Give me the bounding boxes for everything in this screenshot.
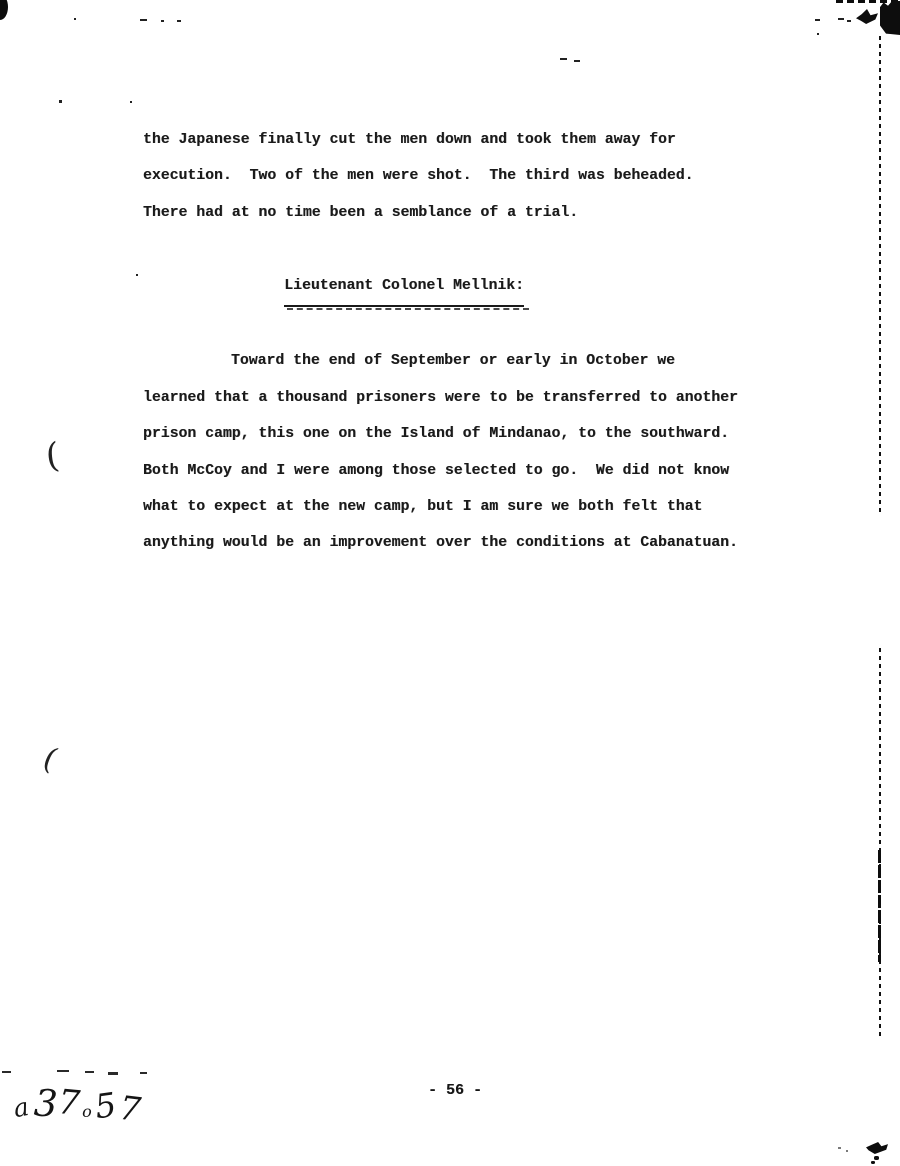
body-line: what to expect at the new camp, but I am… xyxy=(143,489,773,525)
scan-speck xyxy=(85,1071,94,1073)
scan-speck xyxy=(59,100,62,103)
body-line: execution. Two of the men were shot. The… xyxy=(143,158,773,194)
margin-pen-mark: ( xyxy=(38,742,63,778)
scan-artifact-top-edge-dashes xyxy=(836,0,900,3)
scan-speck xyxy=(846,1150,848,1152)
handwritten-char: 5 xyxy=(93,1088,118,1124)
scan-speck xyxy=(130,101,132,103)
scan-speck xyxy=(847,20,851,22)
handwritten-char: a xyxy=(12,1094,31,1121)
scan-speck xyxy=(177,20,181,22)
scan-speck xyxy=(560,58,567,60)
scan-speck xyxy=(136,274,138,276)
scan-speck xyxy=(74,18,76,20)
body-line: There had at no time been a semblance of… xyxy=(143,195,773,231)
scan-speck xyxy=(161,20,164,22)
body-line: the Japanese finally cut the men down an… xyxy=(143,122,773,158)
scan-artifact-ink-scribble xyxy=(856,9,878,24)
scan-speck xyxy=(815,19,820,21)
scan-speck xyxy=(2,1071,11,1073)
scan-speck xyxy=(838,1147,841,1149)
scan-artifact-dot xyxy=(874,1156,879,1160)
section-heading: Lieutenant Colonel Mellnik: xyxy=(143,231,773,343)
scan-speck xyxy=(574,60,580,62)
margin-pen-mark: ( xyxy=(44,435,61,476)
scan-speck xyxy=(838,18,844,20)
scan-artifact-vertical-dashed-line-upper xyxy=(879,36,881,512)
typed-text-block: the Japanese finally cut the men down an… xyxy=(143,122,773,562)
handwritten-char: 7 xyxy=(57,1085,82,1121)
scan-speck xyxy=(140,19,147,21)
handwritten-char: 3 xyxy=(33,1084,58,1122)
scan-speck xyxy=(140,1072,147,1074)
body-line: anything would be an improvement over th… xyxy=(143,525,773,561)
scan-artifact-top-right-block xyxy=(880,1,900,35)
handwritten-note: a 3 7 o 5 7 xyxy=(14,1074,141,1122)
scan-artifact-vertical-dashed-line-lower xyxy=(879,648,881,1040)
section-heading-text: Lieutenant Colonel Mellnik: xyxy=(284,268,524,307)
scan-artifact-dot xyxy=(871,1161,875,1164)
scan-speck xyxy=(57,1070,69,1072)
handwritten-char: 7 xyxy=(117,1091,142,1126)
scan-artifact-vertical-line-thick-segment xyxy=(878,850,881,962)
scan-artifact-top-left-blob xyxy=(0,0,8,20)
body-line: Both McCoy and I were among those select… xyxy=(143,453,773,489)
handwritten-char: o xyxy=(82,1104,92,1120)
body-line: prison camp, this one on the Island of M… xyxy=(143,416,773,452)
scan-artifact-bottom-right-scribble xyxy=(866,1142,888,1154)
scan-speck xyxy=(817,33,819,35)
body-line: Toward the end of September or early in … xyxy=(143,343,773,379)
page-number: - 56 - xyxy=(428,1082,482,1099)
scanned-document-page: ( ( the Japanese finally cut the men dow… xyxy=(0,0,900,1166)
body-line: learned that a thousand prisoners were t… xyxy=(143,380,773,416)
